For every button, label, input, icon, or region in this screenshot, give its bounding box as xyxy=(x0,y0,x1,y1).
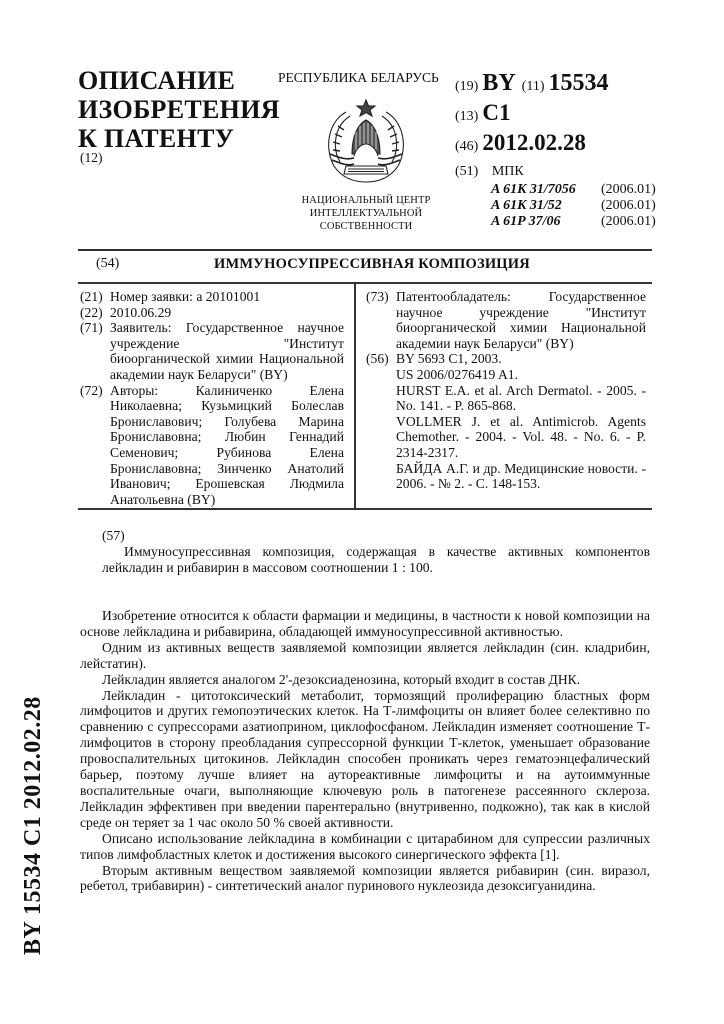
publication-date: 2012.02.28 xyxy=(482,130,586,156)
inid-code-57: (57) xyxy=(102,528,650,544)
country-number-row: (19) BY (11) 15534 xyxy=(455,70,656,100)
ipc-row: A 61P 37/06 (2006.01) xyxy=(491,214,656,230)
ipc-code: A 61K 31/7056 xyxy=(491,182,601,198)
ipc-version: (2006.01) xyxy=(601,182,656,198)
doc-type-line: ОПИСАНИЕ xyxy=(78,66,280,95)
reference-item: БАЙДА А.Г. и др. Медицинские новости. - … xyxy=(396,461,646,492)
inid-code-51: (51) xyxy=(455,164,478,179)
ipc-row: A 61K 31/52 (2006.01) xyxy=(491,198,656,214)
entry-text: Заявитель: Государственное научное учреж… xyxy=(110,320,344,382)
kind-code: C1 xyxy=(482,100,510,126)
body-paragraph: Одним из активных веществ заявляемой ком… xyxy=(80,640,650,672)
divider-top xyxy=(78,249,652,251)
reference-item: BY 5693 C1, 2003. xyxy=(396,351,646,367)
body-paragraph: Вторым активным веществом заявляемой ком… xyxy=(80,863,650,895)
ipc-version: (2006.01) xyxy=(601,214,656,230)
republic-name: РЕСПУБЛИКА БЕЛАРУСЬ xyxy=(278,70,439,86)
ipc-code: A 61P 37/06 xyxy=(491,214,601,230)
entry-text: Авторы: Калиниченко Елена Николаевна; Ку… xyxy=(110,383,344,508)
reference-item: HURST E.A. et al. Arch Dermatol. - 2005.… xyxy=(396,383,646,414)
bibliographic-data: (19) BY (11) 15534 (13) C1 (46) 2012.02.… xyxy=(455,70,656,230)
filing-date-entry: (22) 2010.06.29 xyxy=(80,305,344,321)
publication-date-row: (46) 2012.02.28 xyxy=(455,130,656,160)
country-code: BY xyxy=(482,70,515,97)
abstract: (57) Иммуносупрессивная композиция, соде… xyxy=(102,528,650,575)
body-paragraph: Лейкладин является аналогом 2'-дезоксиад… xyxy=(80,672,650,688)
national-ip-center: НАЦИОНАЛЬНЫЙ ЦЕНТР ИНТЕЛЛЕКТУАЛЬНОЙ СОБС… xyxy=(280,194,452,233)
entry-text: Номер заявки: a 20101001 xyxy=(110,289,344,305)
inid-code: (73) xyxy=(366,289,396,351)
ipc-list: A 61K 31/7056 (2006.01) A 61K 31/52 (200… xyxy=(491,182,656,230)
divider-columns-bottom xyxy=(78,508,652,510)
mpk-row: (51) МПК xyxy=(455,164,656,180)
document-type-title: ОПИСАНИЕ ИЗОБРЕТЕНИЯ К ПАТЕНТУ xyxy=(78,66,280,153)
ipc-row: A 61K 31/7056 (2006.01) xyxy=(491,182,656,198)
inid-code-54: (54) xyxy=(96,256,119,272)
ipc-version: (2006.01) xyxy=(601,198,656,214)
patent-number: 15534 xyxy=(548,70,608,97)
invention-title: ИММУНОСУПРЕССИВНАЯ КОМПОЗИЦИЯ xyxy=(214,256,530,273)
inid-code: (56) xyxy=(366,351,396,491)
belarus-emblem-icon xyxy=(316,96,416,188)
references-entry: (56) BY 5693 C1, 2003. US 2006/0276419 A… xyxy=(366,351,646,491)
body-paragraph: Лейкладин - цитотоксический метаболит, т… xyxy=(80,688,650,831)
inid-code-13: (13) xyxy=(455,109,478,125)
ipc-code: A 61K 31/52 xyxy=(491,198,601,214)
inid-code: (22) xyxy=(80,305,110,321)
inid-code: (72) xyxy=(80,383,110,508)
authors-entry: (72) Авторы: Калиниченко Елена Николаевн… xyxy=(80,383,344,508)
office-line: НАЦИОНАЛЬНЫЙ ЦЕНТР xyxy=(280,194,452,207)
inid-code: (21) xyxy=(80,289,110,305)
applicant-column: (21) Номер заявки: a 20101001 (22) 2010.… xyxy=(80,289,344,507)
abstract-text: Иммуносупрессивная композиция, содержаща… xyxy=(80,544,650,576)
office-line: ИНТЕЛЛЕКТУАЛЬНОЙ xyxy=(280,207,452,220)
references-list: BY 5693 C1, 2003. US 2006/0276419 A1. HU… xyxy=(396,351,646,491)
reference-item: VOLLMER J. et al. Antimicrob. Agents Che… xyxy=(396,414,646,461)
kind-row: (13) C1 xyxy=(455,100,656,130)
divider-title-bottom xyxy=(78,282,652,284)
body-paragraph: Описано использование лейкладина в комби… xyxy=(80,831,650,863)
mpk-label: МПК xyxy=(492,164,524,179)
entry-text: Патентообладатель: Государственное научн… xyxy=(396,289,646,351)
holder-references-column: (73) Патентообладатель: Государственное … xyxy=(366,289,646,492)
inid-code-19: (19) xyxy=(455,79,478,95)
office-line: СОБСТВЕННОСТИ xyxy=(280,220,452,233)
column-divider xyxy=(354,283,356,508)
patent-holder-entry: (73) Патентообладатель: Государственное … xyxy=(366,289,646,351)
inid-code-12: (12) xyxy=(80,150,103,166)
reference-item: US 2006/0276419 A1. xyxy=(396,367,646,383)
description-body: Изобретение относится к области фармации… xyxy=(102,608,650,894)
application-number-entry: (21) Номер заявки: a 20101001 xyxy=(80,289,344,305)
side-patent-stamp: BY 15534 C1 2012.02.28 xyxy=(20,696,47,955)
inid-code-46: (46) xyxy=(455,139,478,155)
body-paragraph: Изобретение относится к области фармации… xyxy=(80,608,650,640)
inid-code: (71) xyxy=(80,320,110,382)
doc-type-line: К ПАТЕНТУ xyxy=(78,124,280,153)
entry-text: 2010.06.29 xyxy=(110,305,344,321)
doc-type-line: ИЗОБРЕТЕНИЯ xyxy=(78,95,280,124)
inid-code-11: (11) xyxy=(522,79,545,95)
applicant-entry: (71) Заявитель: Государственное научное … xyxy=(80,320,344,382)
